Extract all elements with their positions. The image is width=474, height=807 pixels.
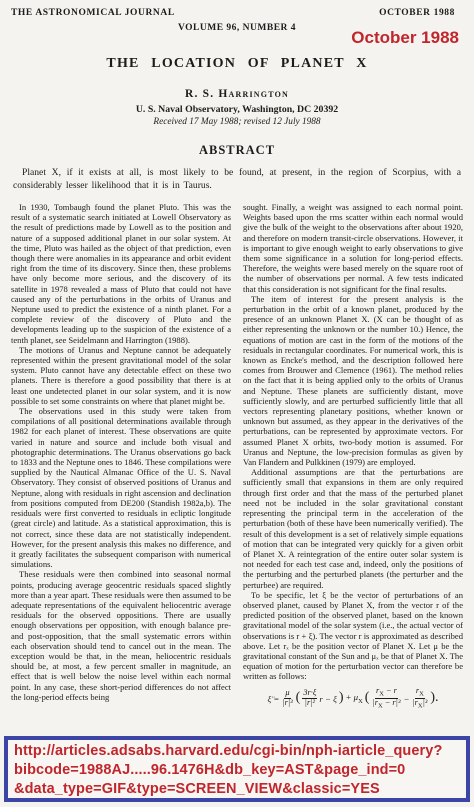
abstract-heading: ABSTRACT bbox=[0, 143, 474, 158]
perturbation-equation: ξ̈ = μ|r|³ ( 3r·ξ|r|² r − ξ ) + μX ( rX … bbox=[243, 687, 463, 711]
url-line: http://articles.adsabs.harvard.edu/cgi-b… bbox=[14, 742, 460, 761]
body-paragraph: The item of interest for the present ana… bbox=[243, 294, 463, 467]
body-paragraph: The motions of Uranus and Neptune cannot… bbox=[11, 345, 231, 406]
article-url-box[interactable]: http://articles.adsabs.harvard.edu/cgi-b… bbox=[4, 736, 470, 802]
right-column: sought. Finally, a weight was assigned t… bbox=[243, 202, 463, 730]
paper-title: THE LOCATION OF PLANET X bbox=[0, 56, 474, 72]
author-affiliation: U. S. Naval Observatory, Washington, DC … bbox=[0, 104, 474, 115]
issue-date: OCTOBER 1988 bbox=[379, 8, 455, 18]
url-line: &data_type=GIF&type=SCREEN_VIEW&classic=… bbox=[14, 780, 460, 799]
body-paragraph: The observations used in this study were… bbox=[11, 406, 231, 569]
body-paragraph: Additional assumptions are that the pert… bbox=[243, 467, 463, 589]
left-column: In 1930, Tombaugh found the planet Pluto… bbox=[11, 202, 231, 730]
author-name: R. S. Harrington bbox=[0, 88, 474, 100]
body-paragraph: sought. Finally, a weight was assigned t… bbox=[243, 202, 463, 294]
abstract-text: Planet X, if it exists at all, is most l… bbox=[13, 167, 461, 192]
url-line: bibcode=1988AJ.....96.1476H&db_key=AST&p… bbox=[14, 761, 460, 780]
body-paragraph: To be specific, let ξ be the vector of p… bbox=[243, 590, 463, 682]
scanned-paper-page: THE ASTRONOMICAL JOURNAL OCTOBER 1988 VO… bbox=[0, 0, 474, 807]
two-column-body: In 1930, Tombaugh found the planet Pluto… bbox=[11, 202, 463, 730]
received-dates: Received 17 May 1988; revised 12 July 19… bbox=[0, 117, 474, 127]
body-paragraph: In 1930, Tombaugh found the planet Pluto… bbox=[11, 202, 231, 345]
journal-name: THE ASTRONOMICAL JOURNAL bbox=[11, 8, 175, 18]
annotation-date-highlight: October 1988 bbox=[351, 28, 459, 48]
body-paragraph: These residuals were then combined into … bbox=[11, 569, 231, 702]
